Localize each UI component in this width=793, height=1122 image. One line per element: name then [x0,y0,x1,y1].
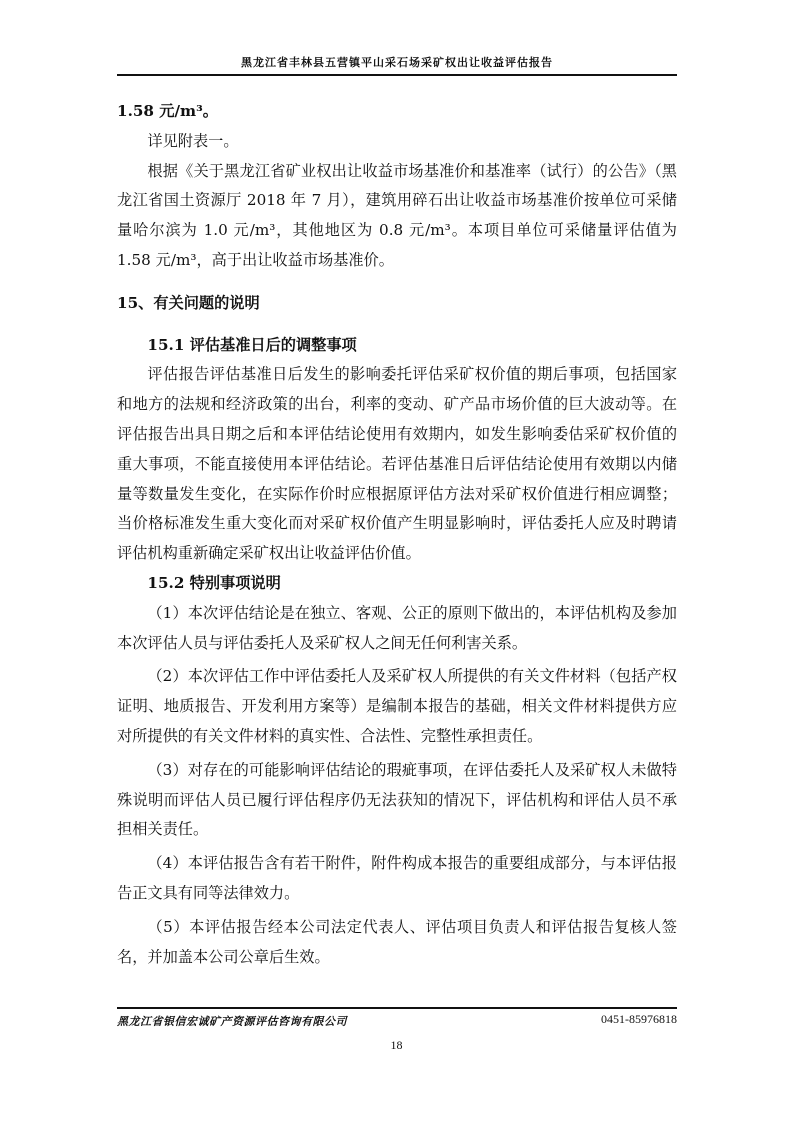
document-body: 1.58 元/m³。 详见附表一。 根据《关于黑龙江省矿业权出让收益市场基准价和… [117,97,677,972]
page-number: 18 [0,1038,793,1053]
section-15-1-paragraph: 评估报告评估基准日后发生的影响委托评估采矿权价值的期后事项，包括国家和地方的法规… [117,360,677,569]
benchmark-price-paragraph: 根据《关于黑龙江省矿业权出让收益市场基准价和基准率（试行）的公告》（黑龙江省国土… [117,157,677,276]
section-15-1-heading: 15.1 评估基准日后的调整事项 [117,331,677,361]
company-name: 黑龙江省银信宏诚矿产资源评估咨询有限公司 [117,1013,347,1029]
special-item-1: （1）本次评估结论是在独立、客观、公正的原则下做出的，本评估机构及参加本次评估人… [117,599,677,659]
see-appendix-paragraph: 详见附表一。 [117,127,677,157]
special-item-2: （2）本次评估工作中评估委托人及采矿权人所提供的有关文件材料（包括产权证明、地质… [117,662,677,751]
special-item-4: （4）本评估报告含有若干附件，附件构成本报告的重要组成部分，与本评估报告正文具有… [117,849,677,909]
page-footer: 黑龙江省银信宏诚矿产资源评估咨询有限公司 0451-85976818 [117,1007,677,1009]
special-item-3: （3）对存在的可能影响评估结论的瑕疵事项，在评估委托人及采矿权人未做特殊说明而评… [117,756,677,845]
section-15-heading: 15、有关问题的说明 [117,289,677,319]
report-title: 黑龙江省丰林县五营镇平山采石场采矿权出让收益评估报告 [117,54,677,70]
special-item-5: （5）本评估报告经本公司法定代表人、评估项目负责人和评估报告复核人签名，并加盖本… [117,913,677,973]
unit-value-line: 1.58 元/m³。 [117,97,677,127]
page-header: 黑龙江省丰林县五营镇平山采石场采矿权出让收益评估报告 [117,50,677,76]
section-15-2-heading: 15.2 特别事项说明 [117,569,677,599]
company-phone: 0451-85976818 [601,1012,677,1027]
